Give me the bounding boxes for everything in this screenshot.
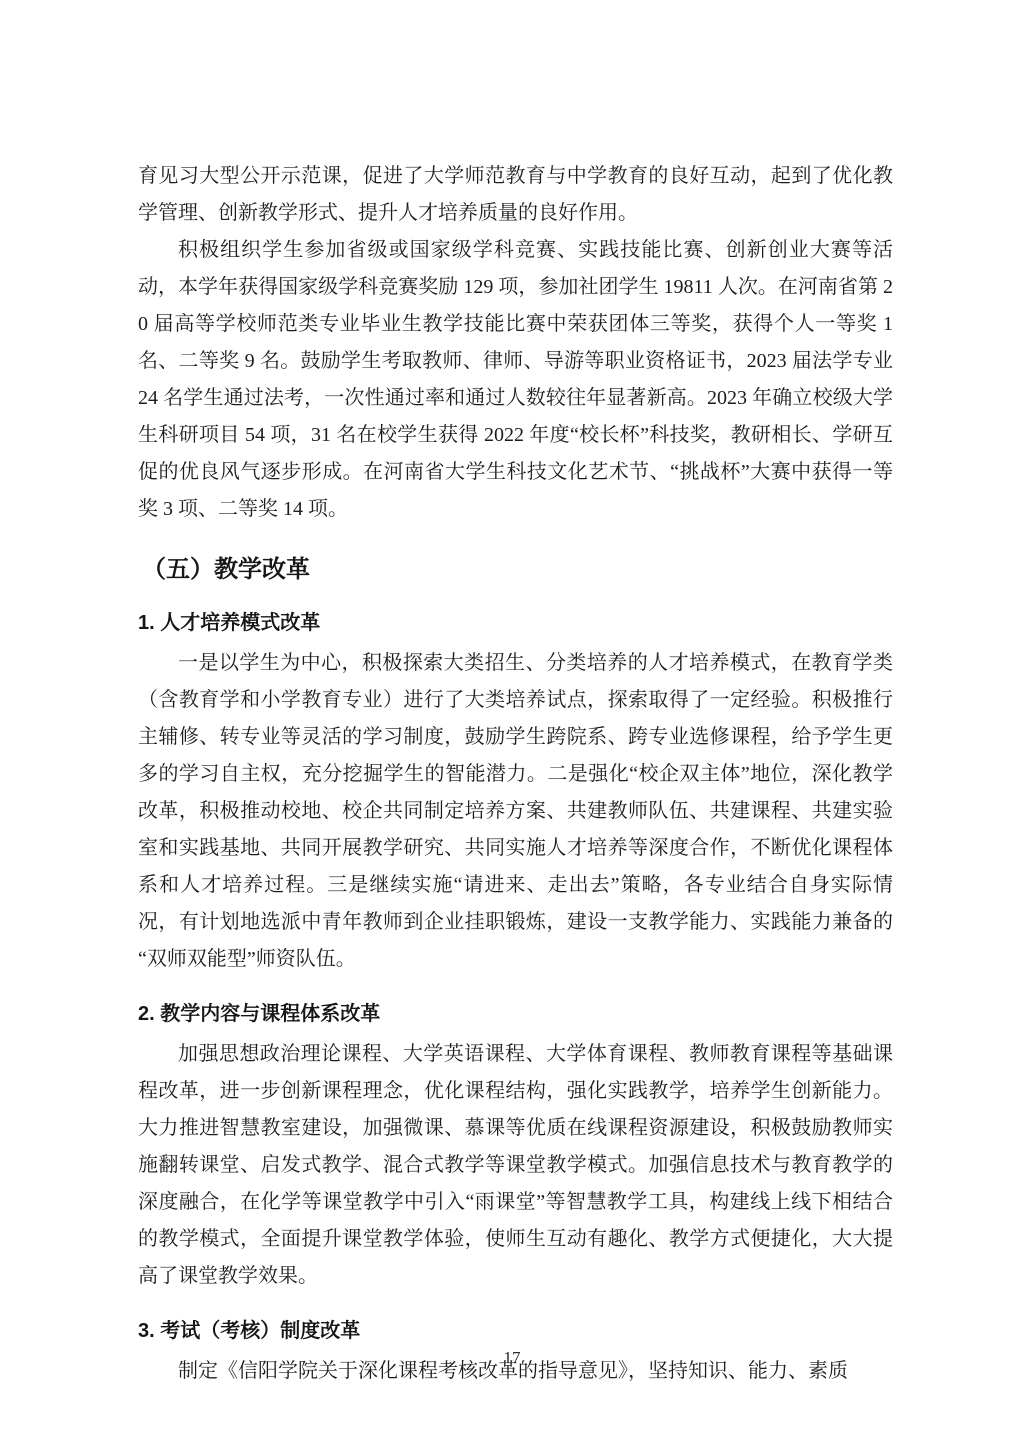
- document-page: 育见习大型公开示范课，促进了大学师范教育与中学教育的良好互动，起到了优化教学管理…: [0, 0, 1024, 1448]
- subsection-3-heading-exam-system: 3. 考试（考核）制度改革: [138, 1316, 893, 1346]
- paragraph-curriculum-reform: 加强思想政治理论课程、大学英语课程、大学体育课程、教师教育课程等基础课程改革，进…: [138, 1036, 893, 1295]
- subsection-1-heading-talent-model: 1. 人才培养模式改革: [138, 608, 893, 638]
- subsection-2-heading-curriculum: 2. 教学内容与课程体系改革: [138, 999, 893, 1029]
- section-heading-teaching-reform: （五）教学改革: [142, 553, 893, 587]
- document-body: 育见习大型公开示范课，促进了大学师范教育与中学教育的良好互动，起到了优化教学管理…: [138, 158, 893, 1390]
- page-number: 17: [0, 1348, 1024, 1368]
- paragraph-continuation: 育见习大型公开示范课，促进了大学师范教育与中学教育的良好互动，起到了优化教学管理…: [138, 158, 893, 232]
- paragraph-talent-model-reform: 一是以学生为中心，积极探索大类招生、分类培养的人才培养模式，在教育学类（含教育学…: [138, 645, 893, 978]
- paragraph-competitions: 积极组织学生参加省级或国家级学科竞赛、实践技能比赛、创新创业大赛等活动，本学年获…: [138, 232, 893, 528]
